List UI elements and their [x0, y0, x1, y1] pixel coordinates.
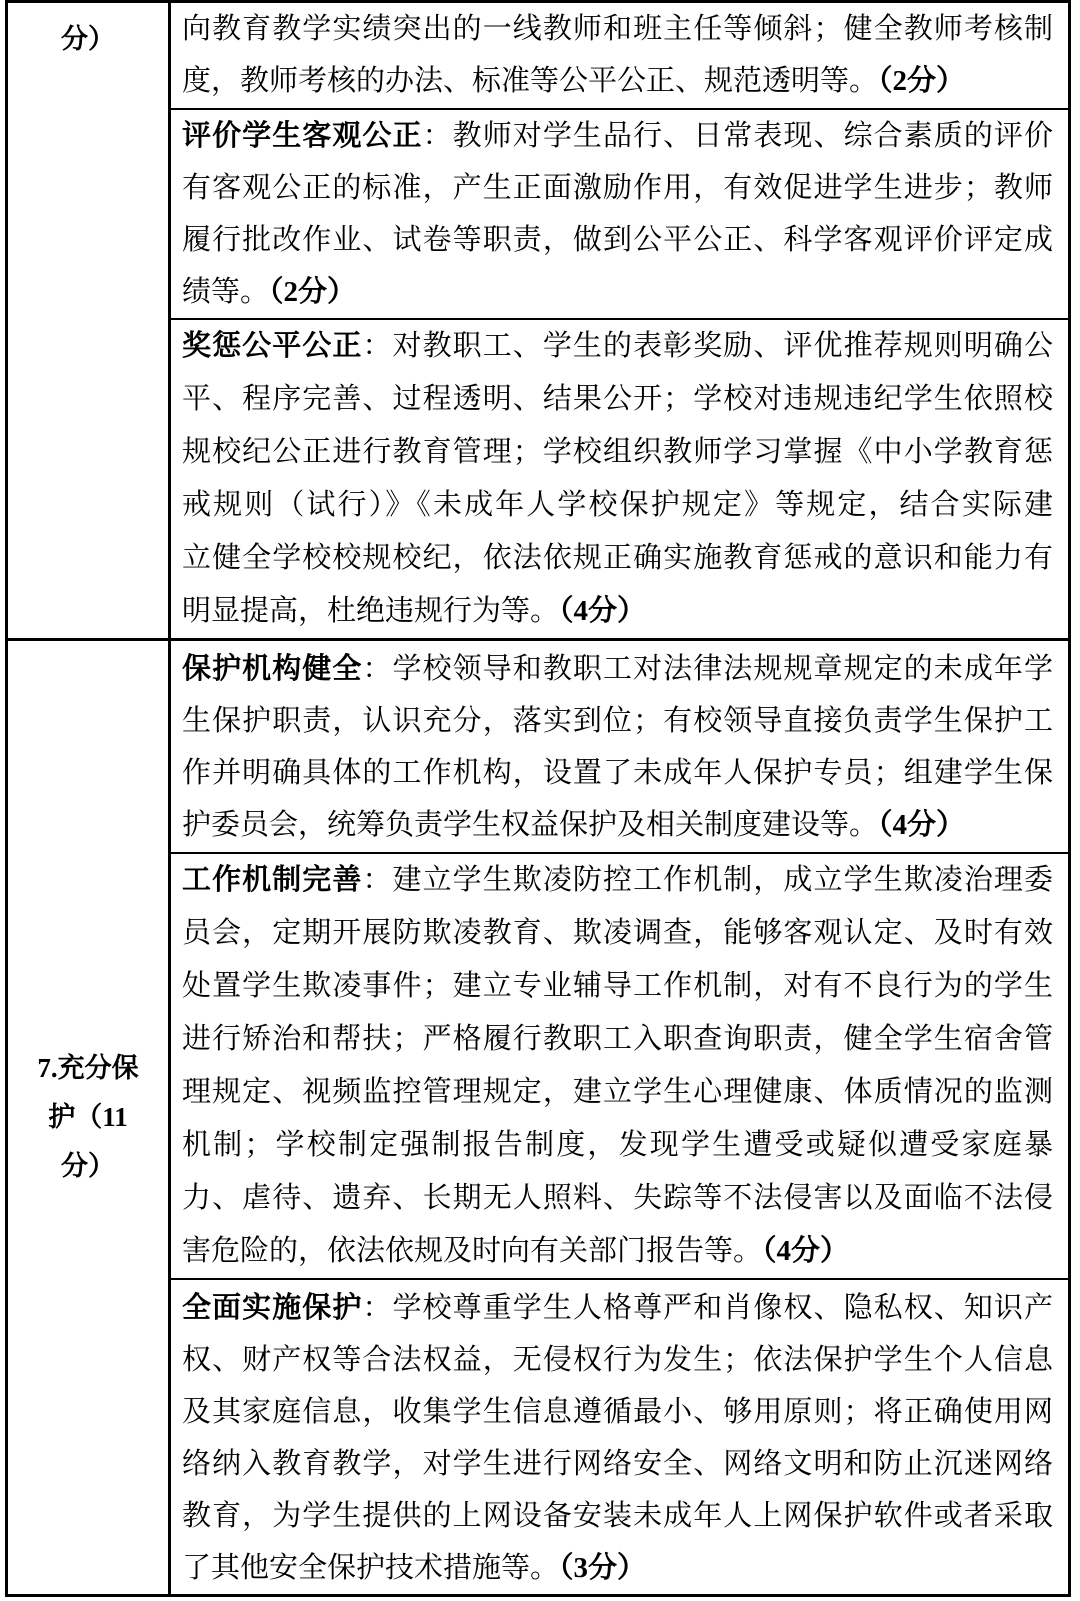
text-line: 害危险的，依法依规及时向有关部门报告等。（4分） — [182, 1225, 1053, 1278]
text-segment: 处置学生欺凌事件；建立专业辅导工作机制，对有不良行为的学生 — [182, 970, 1053, 1002]
category-cell-row7: 7.充分保护（11分） — [8, 641, 168, 1594]
text-line: 机制；学校制定强制报告制度，发现学生遭受或疑似遭受家庭暴 — [182, 1119, 1053, 1172]
text-line: 工作机制完善：建立学生欺凌防控工作机制，成立学生欺凌治理委 — [182, 854, 1053, 907]
text-segment: 平、程序完善、过程透明、结果公开；学校对违规违纪学生依照校 — [182, 383, 1053, 415]
bold-text-segment: 奖惩公平公正 — [182, 330, 362, 362]
text-line: 评价学生客观公正：教师对学生品行、日常表现、综合素质的评价 — [182, 110, 1053, 162]
bold-text-segment: （2分） — [878, 65, 965, 97]
text-line: 戒规则（试行）》《未成年人学校保护规定》等规定，结合实际建 — [182, 479, 1053, 532]
category-column: 分） 7.充分保护（11分） — [8, 3, 171, 1594]
text-line: 规校纪公正进行教育管理；学校组织教师学习掌握《中小学教育惩 — [182, 426, 1053, 479]
text-segment: 规校纪公正进行教育管理；学校组织教师学习掌握《中小学教育惩 — [182, 436, 1053, 468]
text-line: 平、程序完善、过程透明、结果公开；学校对违规违纪学生依照校 — [182, 373, 1053, 426]
text-line: 绩等。（2分） — [182, 266, 1053, 318]
bold-text-segment: 保护机构健全 — [182, 653, 362, 685]
text-segment: 立健全学校校规校纪，依法依规正确实施教育惩戒的意识和能力有 — [182, 542, 1053, 574]
text-segment: 害危险的，依法依规及时向有关部门报告等。 — [182, 1235, 762, 1267]
bold-text-segment: （2分） — [269, 276, 356, 308]
text-segment: 了其他安全保护技术措施等。 — [182, 1552, 559, 1584]
text-line: 及其家庭信息，收集学生信息遵循最小、够用原则；将正确使用网 — [182, 1386, 1053, 1438]
category-cell-previous-fragment: 分） — [8, 3, 168, 641]
text-line: 护委员会，统筹负责学生权益保护及相关制度建设等。（4分） — [182, 799, 1053, 851]
text-line: 奖惩公平公正：对教职工、学生的表彰奖励、评优推荐规则明确公 — [182, 320, 1053, 373]
bold-text-segment: （3分） — [559, 1552, 646, 1584]
scanned-document-page: 分） 7.充分保护（11分） 向教育教学实绩突出的一线教师和班主任等倾斜；健全教… — [0, 0, 1080, 1601]
text-line: 保护机构健全：学校领导和教职工对法律法规规章规定的未成年学 — [182, 643, 1053, 695]
text-segment: 护委员会，统筹负责学生权益保护及相关制度建设等。 — [182, 809, 878, 841]
bold-text-segment: （4分） — [878, 809, 965, 841]
text-line: 全面实施保护：学校尊重学生人格尊严和肖像权、隐私权、知识产 — [182, 1282, 1053, 1334]
bold-text-segment: 评价学生客观公正 — [182, 120, 423, 152]
text-segment: 及其家庭信息，收集学生信息遵循最小、够用原则；将正确使用网 — [182, 1396, 1053, 1428]
text-segment: 权、财产权等合法权益，无侵权行为发生；依法保护学生个人信息 — [182, 1344, 1053, 1376]
text-line: 进行矫治和帮扶；严格履行教职工入职查询职责，健全学生宿舍管 — [182, 1013, 1053, 1066]
text-line: 教育，为学生提供的上网设备安装未成年人上网保护软件或者采取 — [182, 1490, 1053, 1542]
text-segment: 力、虐待、遗弃、长期无人照料、失踪等不法侵害以及面临不法侵 — [182, 1182, 1053, 1214]
text-line: 度，教师考核的办法、标准等公平公正、规范透明等。（2分） — [182, 55, 1053, 107]
text-segment: 履行批改作业、试卷等职责，做到公平公正、科学客观评价评定成 — [182, 224, 1053, 256]
text-segment: 理规定、视频监控管理规定，建立学生心理健康、体质情况的监测 — [182, 1076, 1053, 1108]
criteria-cell-full-protection: 全面实施保护：学校尊重学生人格尊严和肖像权、隐私权、知识产权、财产权等合法权益，… — [171, 1280, 1068, 1594]
text-segment: 作并明确具体的工作机构，设置了未成年人保护专员；组建学生保 — [182, 757, 1053, 789]
text-line: 生保护职责，认识充分，落实到位；有校领导直接负责学生保护工 — [182, 695, 1053, 747]
text-segment: 有客观公正的标准，产生正面激励作用，有效促进学生进步；教师 — [182, 172, 1053, 204]
text-segment: ：学校尊重学生人格尊严和肖像权、隐私权、知识产 — [362, 1292, 1053, 1324]
text-segment: 明显提高，杜绝违规行为等。 — [182, 595, 559, 627]
criteria-cell-student-evaluation-fairness: 评价学生客观公正：教师对学生品行、日常表现、综合素质的评价有客观公正的标准，产生… — [171, 110, 1068, 320]
text-segment: 戒规则（试行）》《未成年人学校保护规定》等规定，结合实际建 — [182, 489, 1053, 521]
bold-text-segment: 工作机制完善 — [182, 864, 362, 896]
text-line: 处置学生欺凌事件；建立专业辅导工作机制，对有不良行为的学生 — [182, 960, 1053, 1013]
text-line: 立健全学校校规校纪，依法依规正确实施教育惩戒的意识和能力有 — [182, 532, 1053, 585]
text-segment: 教育，为学生提供的上网设备安装未成年人上网保护软件或者采取 — [182, 1500, 1053, 1532]
criteria-cell-protection-organization: 保护机构健全：学校领导和教职工对法律法规规章规定的未成年学生保护职责，认识充分，… — [171, 641, 1068, 854]
text-line: 有客观公正的标准，产生正面激励作用，有效促进学生进步；教师 — [182, 162, 1053, 214]
text-segment: 向教育教学实绩突出的一线教师和班主任等倾斜；健全教师考核制 — [182, 13, 1053, 45]
text-line: 向教育教学实绩突出的一线教师和班主任等倾斜；健全教师考核制 — [182, 3, 1053, 55]
text-segment: 生保护职责，认识充分，落实到位；有校领导直接负责学生保护工 — [182, 705, 1053, 737]
text-line: 员会，定期开展防欺凌教育、欺凌调查，能够客观认定、及时有效 — [182, 907, 1053, 960]
bold-text-segment: （4分） — [559, 595, 646, 627]
text-line: 履行批改作业、试卷等职责，做到公平公正、科学客观评价评定成 — [182, 214, 1053, 266]
bold-text-segment: （4分） — [762, 1235, 849, 1267]
evaluation-criteria-table: 分） 7.充分保护（11分） 向教育教学实绩突出的一线教师和班主任等倾斜；健全教… — [5, 0, 1071, 1597]
text-segment: 员会，定期开展防欺凌教育、欺凌调查，能够客观认定、及时有效 — [182, 917, 1053, 949]
criteria-column: 向教育教学实绩突出的一线教师和班主任等倾斜；健全教师考核制度，教师考核的办法、标… — [171, 3, 1068, 1594]
bold-text-segment: 全面实施保护 — [182, 1292, 362, 1324]
text-line: 权、财产权等合法权益，无侵权行为发生；依法保护学生个人信息 — [182, 1334, 1053, 1386]
text-line: 了其他安全保护技术措施等。（3分） — [182, 1542, 1053, 1594]
text-segment: 机制；学校制定强制报告制度，发现学生遭受或疑似遭受家庭暴 — [182, 1129, 1053, 1161]
text-line: 理规定、视频监控管理规定，建立学生心理健康、体质情况的监测 — [182, 1066, 1053, 1119]
text-line: 力、虐待、遗弃、长期无人照料、失踪等不法侵害以及面临不法侵 — [182, 1172, 1053, 1225]
text-line: 明显提高，杜绝违规行为等。（4分） — [182, 585, 1053, 638]
text-line: 络纳入教育教学，对学生进行网络安全、网络文明和防止沉迷网络 — [182, 1438, 1053, 1490]
criteria-cell-teacher-assessment: 向教育教学实绩突出的一线教师和班主任等倾斜；健全教师考核制度，教师考核的办法、标… — [171, 3, 1068, 110]
text-segment: ：教师对学生品行、日常表现、综合素质的评价 — [423, 120, 1053, 152]
text-segment: 进行矫治和帮扶；严格履行教职工入职查询职责，健全学生宿舍管 — [182, 1023, 1053, 1055]
text-segment: 度，教师考核的办法、标准等公平公正、规范透明等。 — [182, 65, 878, 97]
criteria-cell-reward-punishment-fairness: 奖惩公平公正：对教职工、学生的表彰奖励、评优推荐规则明确公平、程序完善、过程透明… — [171, 320, 1068, 641]
text-segment: 绩等。 — [182, 276, 269, 308]
text-segment: ：建立学生欺凌防控工作机制，成立学生欺凌治理委 — [362, 864, 1053, 896]
criteria-cell-work-mechanism: 工作机制完善：建立学生欺凌防控工作机制，成立学生欺凌治理委员会，定期开展防欺凌教… — [171, 854, 1068, 1280]
text-segment: 络纳入教育教学，对学生进行网络安全、网络文明和防止沉迷网络 — [182, 1448, 1053, 1480]
text-segment: ：学校领导和教职工对法律法规规章规定的未成年学 — [362, 653, 1053, 685]
text-segment: ：对教职工、学生的表彰奖励、评优推荐规则明确公 — [362, 330, 1053, 362]
category-label-line: 护（11 — [48, 1093, 128, 1142]
text-line: 作并明确具体的工作机构，设置了未成年人保护专员；组建学生保 — [182, 747, 1053, 799]
category-label-line: 分） — [61, 1142, 115, 1191]
category-label-line: 7.充分保 — [37, 1044, 138, 1093]
